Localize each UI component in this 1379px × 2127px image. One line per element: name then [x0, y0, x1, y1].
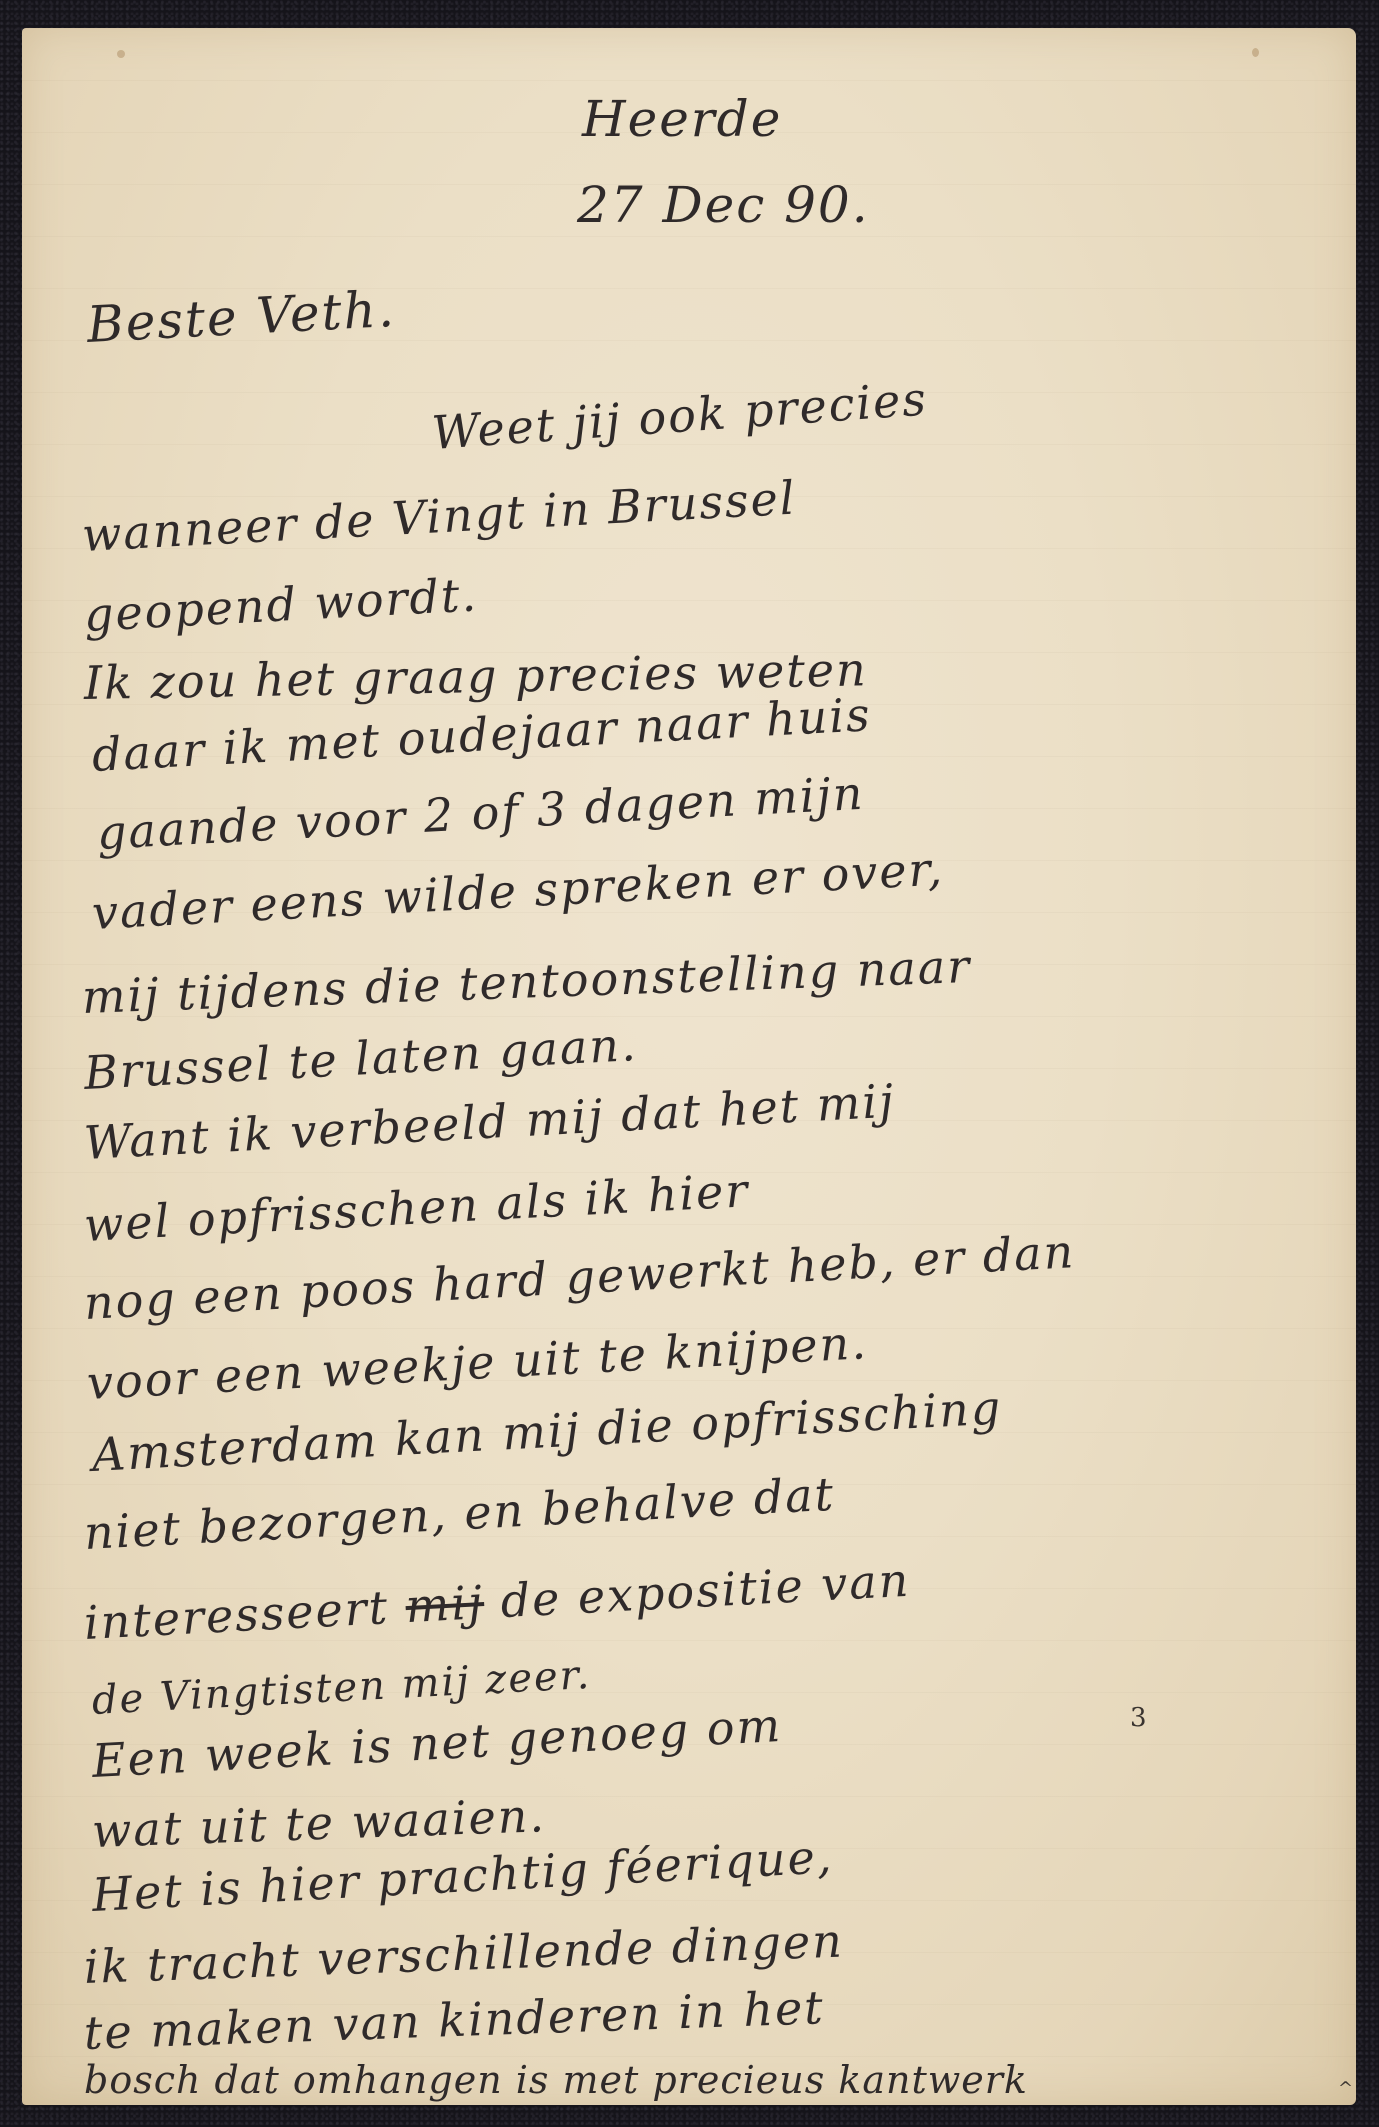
body-line: ik tracht verschillende dingen: [83, 1913, 845, 1993]
body-line: te maken van kinderen in het: [83, 1980, 825, 2060]
line-text: de expositie van: [499, 1553, 911, 1628]
corner-mark: ^: [1338, 2078, 1353, 2099]
body-line: bosch dat omhangen is met precieus kantw…: [84, 2058, 1028, 2102]
body-line: vader eens wilde spreken er over,: [91, 841, 946, 940]
body-line: mij tijdens die tentoonstelling naar: [81, 939, 972, 1024]
paper-stain: [117, 50, 125, 58]
body-line: wel opfrisschen als ik hier: [83, 1163, 751, 1252]
body-line: geopend wordt.: [83, 567, 480, 642]
line-text: interesseert: [83, 1580, 391, 1650]
letter-date: 27 Dec 90.: [577, 176, 870, 234]
body-line: wanneer de Vingt in Brussel: [81, 471, 798, 562]
body-line-with-strike: interesseert mij de expositie van: [83, 1553, 912, 1650]
struck-word: mij: [404, 1575, 485, 1633]
body-line: niet bezorgen, en behalve dat: [83, 1467, 837, 1560]
paper-stain: [1252, 48, 1259, 57]
letter-place: Heerde: [582, 90, 782, 148]
body-line: Brussel te laten gaan.: [83, 1017, 639, 1100]
margin-mark: 3: [1130, 1703, 1147, 1733]
salutation: Beste Veth.: [85, 280, 396, 354]
body-line: Weet jij ook precies: [430, 371, 929, 460]
body-line: gaande voor 2 of 3 dagen mijn: [96, 766, 866, 860]
letter-paper: Heerde 27 Dec 90. Beste Veth. Weet jij o…: [22, 28, 1356, 2105]
